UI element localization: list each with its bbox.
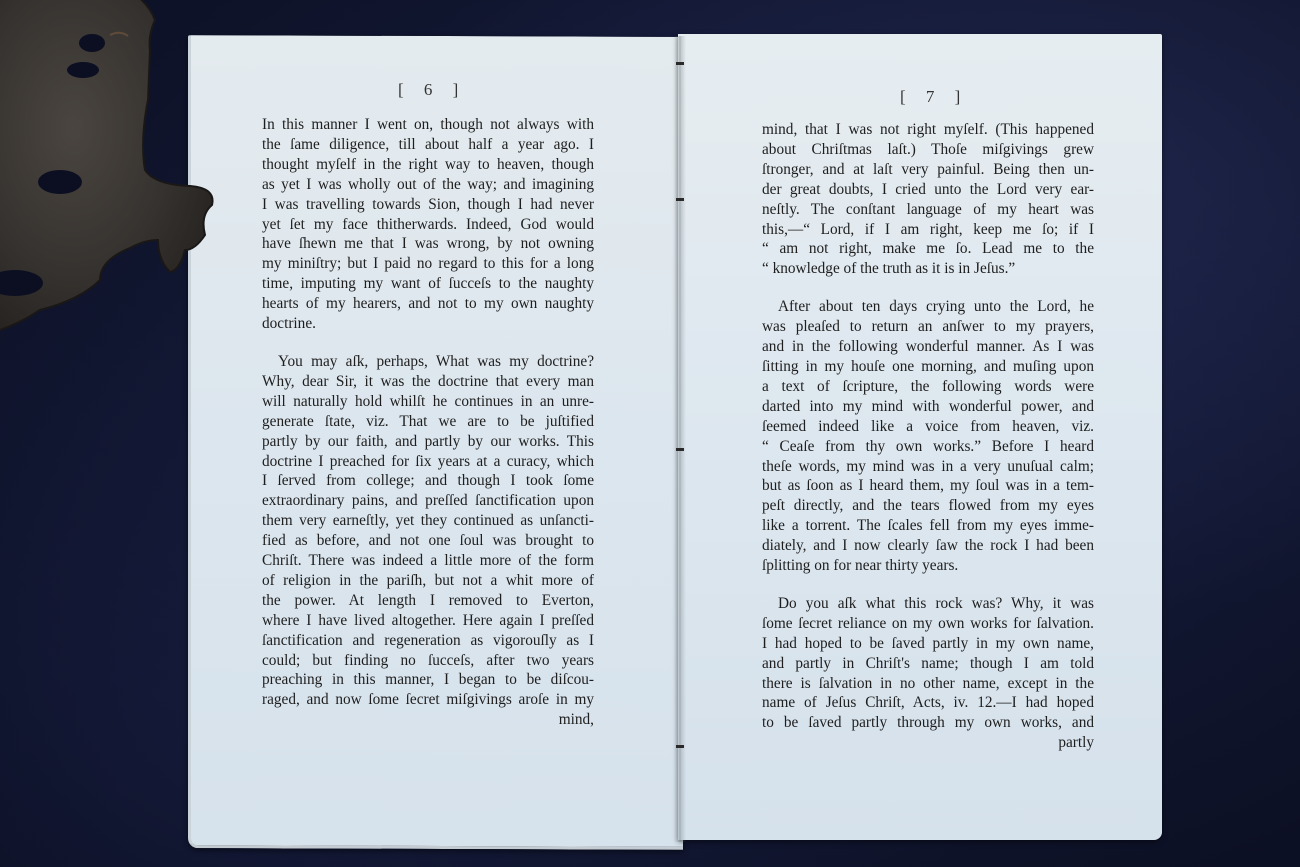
text-line: I had hoped to be ſaved partly in my own… — [762, 634, 1094, 654]
text-line: der great doubts, I cried unto the Lord … — [762, 180, 1094, 200]
text-line: but as ſoon as I heard them, my ſoul was… — [762, 476, 1094, 496]
text-line: a text of ſcripture, the following words… — [762, 377, 1094, 397]
text-line: and in the following wonderful manner. A… — [762, 337, 1094, 357]
text-line: hearts of my hearers, and not to my own … — [262, 294, 594, 314]
text-line: darted into my mind with wonderful power… — [762, 397, 1094, 417]
text-line: as yet I was wholly out of the way; and … — [262, 175, 594, 195]
text-line: thought myſelf in the right way to heave… — [262, 155, 594, 175]
text-line: Why, dear Sir, it was the doctrine that … — [262, 372, 594, 392]
text-line: “ am not right, make me ſo. Lead me to t… — [762, 239, 1094, 259]
text-line: have ſhewn me that I was wrong, by not o… — [262, 234, 594, 254]
paragraph: After about ten days crying unto the Lor… — [762, 297, 1094, 576]
text-line: ſitting in my houſe one morning, and muſ… — [762, 357, 1094, 377]
text-line: of religion in the pariſh, but not a whi… — [262, 571, 594, 591]
text-line: “ Ceaſe from thy own works.” Before I he… — [762, 437, 1094, 457]
text-line: mind, that I was not right myſelf. (This… — [762, 120, 1094, 140]
text-line: where I have lived altogether. Here agai… — [262, 611, 594, 631]
text-line: You may aſk, perhaps, What was my doctri… — [262, 352, 594, 372]
text-line: name of Jeſus Chriſt, Acts, iv. 12.—I ha… — [762, 693, 1094, 713]
text-line: After about ten days crying unto the Lor… — [762, 297, 1094, 317]
text-line: Do you aſk what this rock was? Why, it w… — [762, 594, 1094, 614]
text-line: neſtly. The conſtant language of my hear… — [762, 200, 1094, 220]
binding-stitch — [676, 745, 684, 748]
text-line: will naturally hold whilſt he continues … — [262, 392, 594, 412]
paragraph-gap — [762, 279, 1094, 297]
text-line: ſtronger, and at laſt very painful. Bein… — [762, 160, 1094, 180]
text-line: raged, and now ſome ſecret miſgivings ar… — [262, 690, 594, 710]
text-line: generate ſtate, viz. That we are to be j… — [262, 412, 594, 432]
text-line: doctrine I preached for ſix years at a c… — [262, 452, 594, 472]
text-line: the ſame diligence, till about half a ye… — [262, 135, 594, 155]
text-line: diately, and I now clearly ſaw the rock … — [762, 536, 1094, 556]
text-line: like a torrent. The ſcales fell from my … — [762, 516, 1094, 536]
book-gutter — [674, 36, 686, 842]
text-line: I ſerved from college; and though I took… — [262, 471, 594, 491]
paragraph: mind, that I was not right myſelf. (This… — [762, 120, 1094, 279]
binding-stitch — [676, 448, 684, 451]
right-page-number: [ 7 ] — [900, 87, 968, 107]
text-line: my miniſtry; but I paid no regard to thi… — [262, 254, 594, 274]
text-line: yet ſet my face thitherwards. Indeed, Go… — [262, 215, 594, 235]
text-line: ſeemed indeed like a voice from heaven, … — [762, 417, 1094, 437]
left-page-number: [ 6 ] — [398, 80, 466, 100]
text-line: partly by our faith, and partly by our w… — [262, 432, 594, 452]
paragraph: You may aſk, perhaps, What was my doctri… — [262, 352, 594, 710]
text-line: them very earneſtly, yet they continued … — [262, 511, 594, 531]
text-line: ſplitting on for near thirty years. — [762, 556, 1094, 576]
text-line: theſe words, my mind was in a very unuſu… — [762, 457, 1094, 477]
paragraph-gap — [762, 576, 1094, 594]
text-line: Chriſt. There was indeed a little more o… — [262, 551, 594, 571]
text-line: peſt directly, and the tears flowed from… — [762, 496, 1094, 516]
text-line: could; but finding no ſucceſs, after two… — [262, 651, 594, 671]
text-line: preaching in this manner, I began to be … — [262, 670, 594, 690]
catchword: partly — [762, 733, 1094, 753]
text-line: I was travelling towards Sion, though I … — [262, 195, 594, 215]
text-line: and partly in Chriſt's name; though I am… — [762, 654, 1094, 674]
left-page-text: In this manner I went on, though not alw… — [262, 115, 594, 730]
paragraph: In this manner I went on, though not alw… — [262, 115, 594, 334]
text-line: was pleaſed to return an anſwer to my pr… — [762, 317, 1094, 337]
metal-bookweight-icon — [0, 0, 220, 335]
binding-stitch — [676, 198, 684, 201]
text-line: about Chriſtmas laſt.) Thoſe miſgivings … — [762, 140, 1094, 160]
text-line: the power. At length I removed to Everto… — [262, 591, 594, 611]
text-line: ſome ſecret reliance on my own works for… — [762, 614, 1094, 634]
text-line: time, imputing my want of ſucceſs to the… — [262, 274, 594, 294]
right-page-text: mind, that I was not right myſelf. (This… — [762, 120, 1094, 753]
text-line: ſanctification and regeneration as vigor… — [262, 631, 594, 651]
text-line: extraordinary pains, and preſſed ſanctif… — [262, 491, 594, 511]
text-line: to be ſaved partly through my own works,… — [762, 713, 1094, 733]
catchword: mind, — [262, 710, 594, 730]
text-line: this,—“ Lord, if I am right, keep me ſo;… — [762, 220, 1094, 240]
binding-stitch — [676, 62, 684, 65]
paragraph-gap — [262, 334, 594, 352]
text-line: doctrine. — [262, 314, 594, 334]
text-line: “ knowledge of the truth as it is in Jeſ… — [762, 259, 1094, 279]
text-line: In this manner I went on, though not alw… — [262, 115, 594, 135]
text-line: there is ſalvation in no other name, exc… — [762, 674, 1094, 694]
paragraph: Do you aſk what this rock was? Why, it w… — [762, 594, 1094, 733]
text-line: fied as before, and not one ſoul was bro… — [262, 531, 594, 551]
